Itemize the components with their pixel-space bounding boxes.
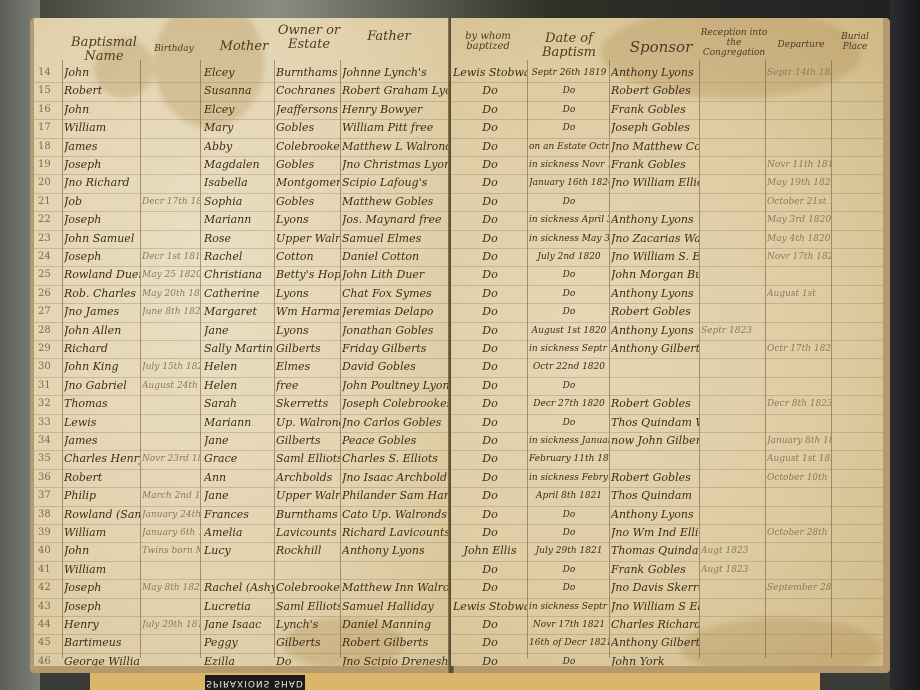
header-baptismal-name: Baptismal Name (64, 36, 144, 64)
mother-name: Jane (204, 487, 274, 505)
reception-date (701, 377, 765, 395)
header-sponsor: Sponsor (611, 40, 711, 54)
father-name: Jno Scipio Dreneshill (342, 653, 450, 666)
register-row: 15RobertSusannaCochranesRobert Graham Ly… (34, 82, 450, 101)
mother-name: Frances (204, 506, 274, 524)
register-row: 34JamesJaneGilbertsPeace Gobles (34, 432, 450, 451)
birthday (142, 230, 200, 248)
register-row: DoDoJoseph Gobles (451, 119, 883, 138)
baptismal-name: Rob. Charles (64, 285, 140, 303)
mother-name: Elcey (204, 64, 274, 82)
baptismal-name: John King (64, 358, 140, 376)
register-row: Do16th of Decr 1821Anthony Gilbert (451, 634, 883, 653)
entry-number: 24 (38, 248, 60, 266)
register-row: 19JosephMagdalenGoblesJno Christmas Lyon… (34, 156, 450, 175)
father-name: Friday Gilberts (342, 340, 450, 358)
mother-name: Peggy (204, 634, 274, 652)
owner-estate: Archbolds (276, 469, 340, 487)
register-row: 46George WilliamEzillaDoJno Scipio Drene… (34, 653, 450, 666)
mother-name: Rachel (204, 248, 274, 266)
father-name: John Poultney Lyons (342, 377, 450, 395)
father-name: Jno Isaac Archbold (342, 469, 450, 487)
sponsor-name: Charles Richard Lynch (611, 616, 699, 634)
reception-date (701, 230, 765, 248)
reception-date: Septr 1823 (701, 322, 765, 340)
register-row: DoDoAnthony Lyons (451, 506, 883, 525)
register-row: 36RobertAnnArchboldsJno Isaac Archbold (34, 469, 450, 488)
owner-estate: Betty's Hope & Garden (276, 266, 340, 284)
sponsor-name: Anthony Lyons (611, 64, 699, 82)
entry-number: 30 (38, 358, 60, 376)
register-row: 45BartimeusPeggyGilbertsRobert Gilberts (34, 634, 450, 653)
baptized-by: Do (453, 248, 527, 266)
birthday (142, 211, 200, 229)
departure-date (767, 598, 831, 616)
owner-estate: Burnthams (276, 64, 340, 82)
reception-date (701, 138, 765, 156)
departure-date: Novr 11th 1819 (767, 156, 831, 174)
baptized-by: John Ellis (453, 542, 527, 560)
register-row: 33LewisMariannUp. WalrondsJno Carlos Gob… (34, 414, 450, 433)
father-name: William Pitt free (342, 119, 450, 137)
baptized-by: Do (453, 322, 527, 340)
baptism-date: in sickness Febry 24th 1821 (529, 469, 609, 487)
register-row: 38Rowland (Samuel)January 24th 1817Franc… (34, 506, 450, 525)
father-name: Richard Lavicounts (342, 524, 450, 542)
mother-name: Rose (204, 230, 274, 248)
baptismal-name: John (64, 64, 140, 82)
reception-date (701, 506, 765, 524)
owner-estate: Cotton (276, 248, 340, 266)
header-by-whom-baptized: by whom baptized (453, 32, 523, 52)
departure-date (767, 414, 831, 432)
sponsor-name: Anthony Lyons (611, 211, 699, 229)
baptismal-name: Joseph (64, 598, 140, 616)
entry-number: 21 (38, 193, 60, 211)
register-row: DoDecr 27th 1820Robert GoblesDecr 8th 18… (451, 395, 883, 414)
father-name: Matthew L Walronds (342, 138, 450, 156)
baptismal-name: John Allen (64, 322, 140, 340)
baptismal-name: Henry (64, 616, 140, 634)
register-row: DoNovr 17th 1821Charles Richard Lynch (451, 616, 883, 635)
baptized-by: Do (453, 138, 527, 156)
baptismal-name: Robert (64, 469, 140, 487)
birthday: Decr 17th 1819 (142, 193, 200, 211)
birthday: May 8th 1821 (142, 579, 200, 597)
departure-date (767, 303, 831, 321)
mother-name: Helen (204, 377, 274, 395)
entry-number: 46 (38, 653, 60, 666)
register-row: 24JosephDecr 1st 1819RachelCottonDaniel … (34, 248, 450, 267)
departure-date (767, 266, 831, 284)
baptism-date: Do (529, 119, 609, 137)
birthday (142, 119, 200, 137)
father-name: Jno Carlos Gobles (342, 414, 450, 432)
mother-name: Ann (204, 469, 274, 487)
mother-name: Sally Martin (204, 340, 274, 358)
register-row: 23John SamuelRoseUpper WalrondsSamuel El… (34, 230, 450, 249)
sponsor-name (611, 193, 699, 211)
header-date-of-baptism: Date of Baptism (529, 32, 609, 60)
mother-name: Elcey (204, 101, 274, 119)
departure-date: Novr 17th 1821 (767, 248, 831, 266)
baptized-by: Do (453, 616, 527, 634)
register-row: 26Rob. CharlesMay 20th 1820CatherineLyon… (34, 285, 450, 304)
baptismal-name: Job (64, 193, 140, 211)
owner-estate: Montgomery (276, 174, 340, 192)
baptized-by: Do (453, 82, 527, 100)
sponsor-name: Jno Davis Skerretts (611, 579, 699, 597)
baptism-date: July 29th 1821 (529, 542, 609, 560)
register-row: DoDo (451, 377, 883, 396)
baptismal-name: Joseph (64, 579, 140, 597)
sponsor-name (611, 358, 699, 376)
owner-estate: Do (276, 653, 340, 666)
baptismal-name: William (64, 119, 140, 137)
baptized-by: Do (453, 303, 527, 321)
baptismal-name: Robert (64, 82, 140, 100)
baptism-date: Do (529, 377, 609, 395)
entry-number: 34 (38, 432, 60, 450)
sponsor-name: now John Gilbert (611, 432, 699, 450)
sponsor-name: Anthony Gilbert (611, 634, 699, 652)
mother-name: Isabella (204, 174, 274, 192)
birthday (142, 414, 200, 432)
baptized-by: Do (453, 414, 527, 432)
birthday: Decr 1st 1819 (142, 248, 200, 266)
mother-name: Jane (204, 322, 274, 340)
birthday (142, 340, 200, 358)
baptismal-name: Joseph (64, 211, 140, 229)
right-page: by whom baptized Date of Baptism Sponsor… (451, 18, 883, 666)
sponsor-name: Thos Quindam Walronds (611, 414, 699, 432)
birthday (142, 174, 200, 192)
sponsor-name: Anthony Gilbert (611, 340, 699, 358)
register-row: DoDoFrank Gobles (451, 101, 883, 120)
register-row: Doin sickness Novr 18th 1819Frank Gobles… (451, 156, 883, 175)
baptized-by: Do (453, 450, 527, 468)
baptized-by: Do (453, 561, 527, 579)
baptism-date: January 16th 1820 (529, 174, 609, 192)
baptized-by: Lewis Stobwasser (453, 64, 527, 82)
reception-date: Augt 1823 (701, 542, 765, 560)
departure-date (767, 322, 831, 340)
register-row: 17WilliamMaryGoblesWilliam Pitt free (34, 119, 450, 138)
baptism-date: Do (529, 82, 609, 100)
reception-date: Augt 1823 (701, 561, 765, 579)
birthday: July 15th 1820 (142, 358, 200, 376)
baptismal-name: Bartimeus (64, 634, 140, 652)
register-row: Lewis StobwasserSeptr 26th 1819Anthony L… (451, 64, 883, 83)
sponsor-name: Jno William S Elliots (611, 598, 699, 616)
birthday: January 6th 1821 (142, 524, 200, 542)
reception-date (701, 395, 765, 413)
entry-number: 29 (38, 340, 60, 358)
owner-estate: Lynch's (276, 616, 340, 634)
father-name: Peace Gobles (342, 432, 450, 450)
father-name: Jno Christmas Lyons (342, 156, 450, 174)
baptism-date: in sickness January 1st 1821 (529, 432, 609, 450)
register-row: Doin sickness Septr 24th 1820Anthony Gil… (451, 340, 883, 359)
entry-number: 42 (38, 579, 60, 597)
owner-estate: Lyons (276, 211, 340, 229)
sponsor-name: Joseph Gobles (611, 119, 699, 137)
mother-name: Magdalen (204, 156, 274, 174)
departure-date: May 3rd 1820 Lyons (767, 211, 831, 229)
father-name: Charles S. Elliots (342, 450, 450, 468)
baptism-date: in sickness April 30th 1820 (529, 211, 609, 229)
mother-name: Sarah (204, 395, 274, 413)
owner-estate: Up. Walronds (276, 414, 340, 432)
birthday (142, 653, 200, 666)
register-row: 31Jno GabrielAugust 24th 1820HelenfreeJo… (34, 377, 450, 396)
baptismal-name: James (64, 432, 140, 450)
register-row: DoJuly 2nd 1820Jno William S. ElliotsNov… (451, 248, 883, 267)
departure-date: August 1st 1824 (767, 450, 831, 468)
owner-estate: Elmes (276, 358, 340, 376)
baptized-by: Do (453, 579, 527, 597)
baptism-date: Do (529, 266, 609, 284)
reception-date (701, 82, 765, 100)
reception-date (701, 340, 765, 358)
father-name: Matthew Inn Walronds (342, 579, 450, 597)
register-row: 14JohnElceyBurnthamsJohnne Lynch's (34, 64, 450, 83)
entry-number: 37 (38, 487, 60, 505)
baptism-date: Do (529, 506, 609, 524)
departure-date: January 8th 1821 (767, 432, 831, 450)
baptism-date: in sickness Septr 24th 1820 (529, 340, 609, 358)
baptismal-name: Philip (64, 487, 140, 505)
birthday (142, 156, 200, 174)
baptism-date: Do (529, 524, 609, 542)
baptism-date: August 1st 1820 (529, 322, 609, 340)
father-name: Robert Graham Lyons (342, 82, 450, 100)
baptized-by: Do (453, 193, 527, 211)
reception-date (701, 174, 765, 192)
sponsor-name: Jno Wm Ind Elliots (611, 524, 699, 542)
reception-date (701, 450, 765, 468)
owner-estate: Upper Walronds (276, 230, 340, 248)
father-name: Philander Sam Harmans (342, 487, 450, 505)
birthday: July 29th 1819 (142, 616, 200, 634)
baptismal-name: Joseph (64, 248, 140, 266)
reception-date (701, 487, 765, 505)
baptized-by: Do (453, 174, 527, 192)
header-departure: Departure (771, 40, 831, 50)
entry-number: 33 (38, 414, 60, 432)
departure-date (767, 487, 831, 505)
baptismal-name: Richard (64, 340, 140, 358)
baptismal-name: John Samuel (64, 230, 140, 248)
father-name: Jos. Maynard free (342, 211, 450, 229)
baptismal-name: Jno James (64, 303, 140, 321)
owner-estate (276, 561, 340, 579)
register-row: 21JobDecr 17th 1819SophiaGoblesMatthew G… (34, 193, 450, 212)
register-row: 20Jno RichardIsabellaMontgomeryScipio La… (34, 174, 450, 193)
mother-name: Lucy (204, 542, 274, 560)
sponsor-name (611, 377, 699, 395)
register-row: DoDoThos Quindam Walronds (451, 414, 883, 433)
sponsor-name: Jno Zacarias Walronds (611, 230, 699, 248)
birthday: Novr 23rd 1820 (142, 450, 200, 468)
baptism-date: 16th of Decr 1821 (529, 634, 609, 652)
baptismal-name: Rowland (Samuel) (64, 506, 140, 524)
owner-estate: Rockhill (276, 542, 340, 560)
birthday (142, 598, 200, 616)
father-name: Daniel Cotton (342, 248, 450, 266)
baptism-date: July 2nd 1820 (529, 248, 609, 266)
baptism-date: Septr 26th 1819 (529, 64, 609, 82)
departure-date (767, 82, 831, 100)
register-row: DoOctr 22nd 1820 (451, 358, 883, 377)
departure-date: August 1st (767, 285, 831, 303)
reception-date (701, 469, 765, 487)
owner-estate: Wm Harmans (276, 303, 340, 321)
departure-date: September 28th 1823 (767, 579, 831, 597)
register-row: Doin sickness January 1st 1821now John G… (451, 432, 883, 451)
father-name: Johnne Lynch's (342, 64, 450, 82)
reception-date (701, 101, 765, 119)
register-row: 40JohnTwins born May 3rd 1821LucyRockhil… (34, 542, 450, 561)
register-row: 35Charles HenryNovr 23rd 1820GraceSaml E… (34, 450, 450, 469)
baptized-by: Do (453, 395, 527, 413)
baptized-by: Do (453, 469, 527, 487)
reception-date (701, 156, 765, 174)
mother-name: Mariann (204, 414, 274, 432)
register-row: DoAugust 1st 1820Anthony LyonsSeptr 1823 (451, 322, 883, 341)
reception-date (701, 524, 765, 542)
register-row: DoDoFrank GoblesAugt 1823 (451, 561, 883, 580)
reception-date (701, 653, 765, 666)
register-row: 43JosephLucretiaSaml ElliotsSamuel Halli… (34, 598, 450, 617)
register-row: Doin sickness May 3rd 1820Jno Zacarias W… (451, 230, 883, 249)
entry-number: 18 (38, 138, 60, 156)
departure-date (767, 542, 831, 560)
sponsor-name: Jno William S. Elliots (611, 248, 699, 266)
birthday (142, 634, 200, 652)
baptized-by: Do (453, 266, 527, 284)
baptized-by: Do (453, 340, 527, 358)
sponsor-name: Robert Gobles (611, 395, 699, 413)
mother-name: Susanna (204, 82, 274, 100)
sponsor-name: Robert Gobles (611, 303, 699, 321)
register-row: 16JohnElceyJeaffersonsHenry Bowyer (34, 101, 450, 120)
birthday: May 20th 1820 (142, 285, 200, 303)
mother-name: Rachel (Ashy) (204, 579, 274, 597)
reception-date (701, 285, 765, 303)
reception-date (701, 598, 765, 616)
sponsor-name: John York (611, 653, 699, 666)
departure-date: May 19th 1829 Estate (767, 174, 831, 192)
reception-date (701, 119, 765, 137)
sponsor-name: John Morgan Burkes (611, 266, 699, 284)
birthday (142, 101, 200, 119)
reception-date (701, 432, 765, 450)
register-row: 28John AllenJaneLyonsJonathan Gobles (34, 322, 450, 341)
baptized-by: Do (453, 377, 527, 395)
owner-estate: Gilberts (276, 340, 340, 358)
owner-estate: Colebrookes (276, 138, 340, 156)
register-row: DoDoJno Davis SkerrettsSeptember 28th 18… (451, 579, 883, 598)
header-reception: Reception into the Congregation (697, 28, 771, 58)
baptized-by: Do (453, 230, 527, 248)
mother-name: Lucretia (204, 598, 274, 616)
sponsor-name (611, 450, 699, 468)
baptism-date: April 8th 1821 (529, 487, 609, 505)
owner-estate: Burnthams (276, 506, 340, 524)
birthday: January 24th 1817 (142, 506, 200, 524)
baptism-date: Do (529, 193, 609, 211)
baptized-by: Do (453, 506, 527, 524)
baptism-date: Do (529, 303, 609, 321)
baptismal-name: James (64, 138, 140, 156)
mother-name: Ezilla (204, 653, 274, 666)
baptismal-name: John (64, 101, 140, 119)
reception-date (701, 358, 765, 376)
owner-estate: Gobles (276, 119, 340, 137)
baptized-by: Do (453, 156, 527, 174)
baptized-by: Do (453, 101, 527, 119)
birthday (142, 432, 200, 450)
sponsor-name: Frank Gobles (611, 101, 699, 119)
entry-number: 23 (38, 230, 60, 248)
departure-date: October 28th 1821 (767, 524, 831, 542)
entry-number: 35 (38, 450, 60, 468)
sponsor-name: Frank Gobles (611, 561, 699, 579)
mother-name: Jane (204, 432, 274, 450)
register-row: DoFebruary 11th 1821August 1st 1824 (451, 450, 883, 469)
father-name (342, 561, 450, 579)
baptized-by: Lewis Stobwasser (453, 598, 527, 616)
sponsor-name: Robert Gobles (611, 469, 699, 487)
departure-date: Decr 8th 1823 (767, 395, 831, 413)
birthday: March 2nd 1821 (142, 487, 200, 505)
register-row: 30John KingJuly 15th 1820HelenElmesDavid… (34, 358, 450, 377)
baptismal-name: Jno Gabriel (64, 377, 140, 395)
entry-number: 44 (38, 616, 60, 634)
owner-estate: Gilberts (276, 432, 340, 450)
register-row: 42JosephMay 8th 1821Rachel (Ashy)Colebro… (34, 579, 450, 598)
mother-name: Mary (204, 119, 274, 137)
departure-date (767, 634, 831, 652)
mother-name: Amelia (204, 524, 274, 542)
baptism-date: Do (529, 414, 609, 432)
owner-estate: Cochranes (276, 82, 340, 100)
entry-number: 15 (38, 82, 60, 100)
background-right (890, 0, 920, 690)
register-row: 29RichardSally MartinGilbertsFriday Gilb… (34, 340, 450, 359)
departure-date: Septr 14th 1821 (767, 64, 831, 82)
baptismal-name: Thomas (64, 395, 140, 413)
header-birthday: Birthday (144, 44, 204, 54)
register-row: 25Rowland DuerMay 25 1820ChristianaBetty… (34, 266, 450, 285)
father-name: Anthony Lyons (342, 542, 450, 560)
departure-date: October 10th 1821 (767, 469, 831, 487)
mother-name (204, 561, 274, 579)
departure-date (767, 119, 831, 137)
birthday (142, 561, 200, 579)
baptismal-name: Lewis (64, 414, 140, 432)
register-row: DoDoOctober 21st 1821 (451, 193, 883, 212)
baptism-date: Do (529, 579, 609, 597)
register-row: Doin sickness Febry 24th 1821Robert Gobl… (451, 469, 883, 488)
owner-estate: Lavicounts (276, 524, 340, 542)
baptized-by: Do (453, 211, 527, 229)
entry-number: 39 (38, 524, 60, 542)
birthday (142, 469, 200, 487)
father-name: Joseph Colebrookes (342, 395, 450, 413)
register-row: 32ThomasSarahSkerrettsJoseph Colebrookes (34, 395, 450, 414)
